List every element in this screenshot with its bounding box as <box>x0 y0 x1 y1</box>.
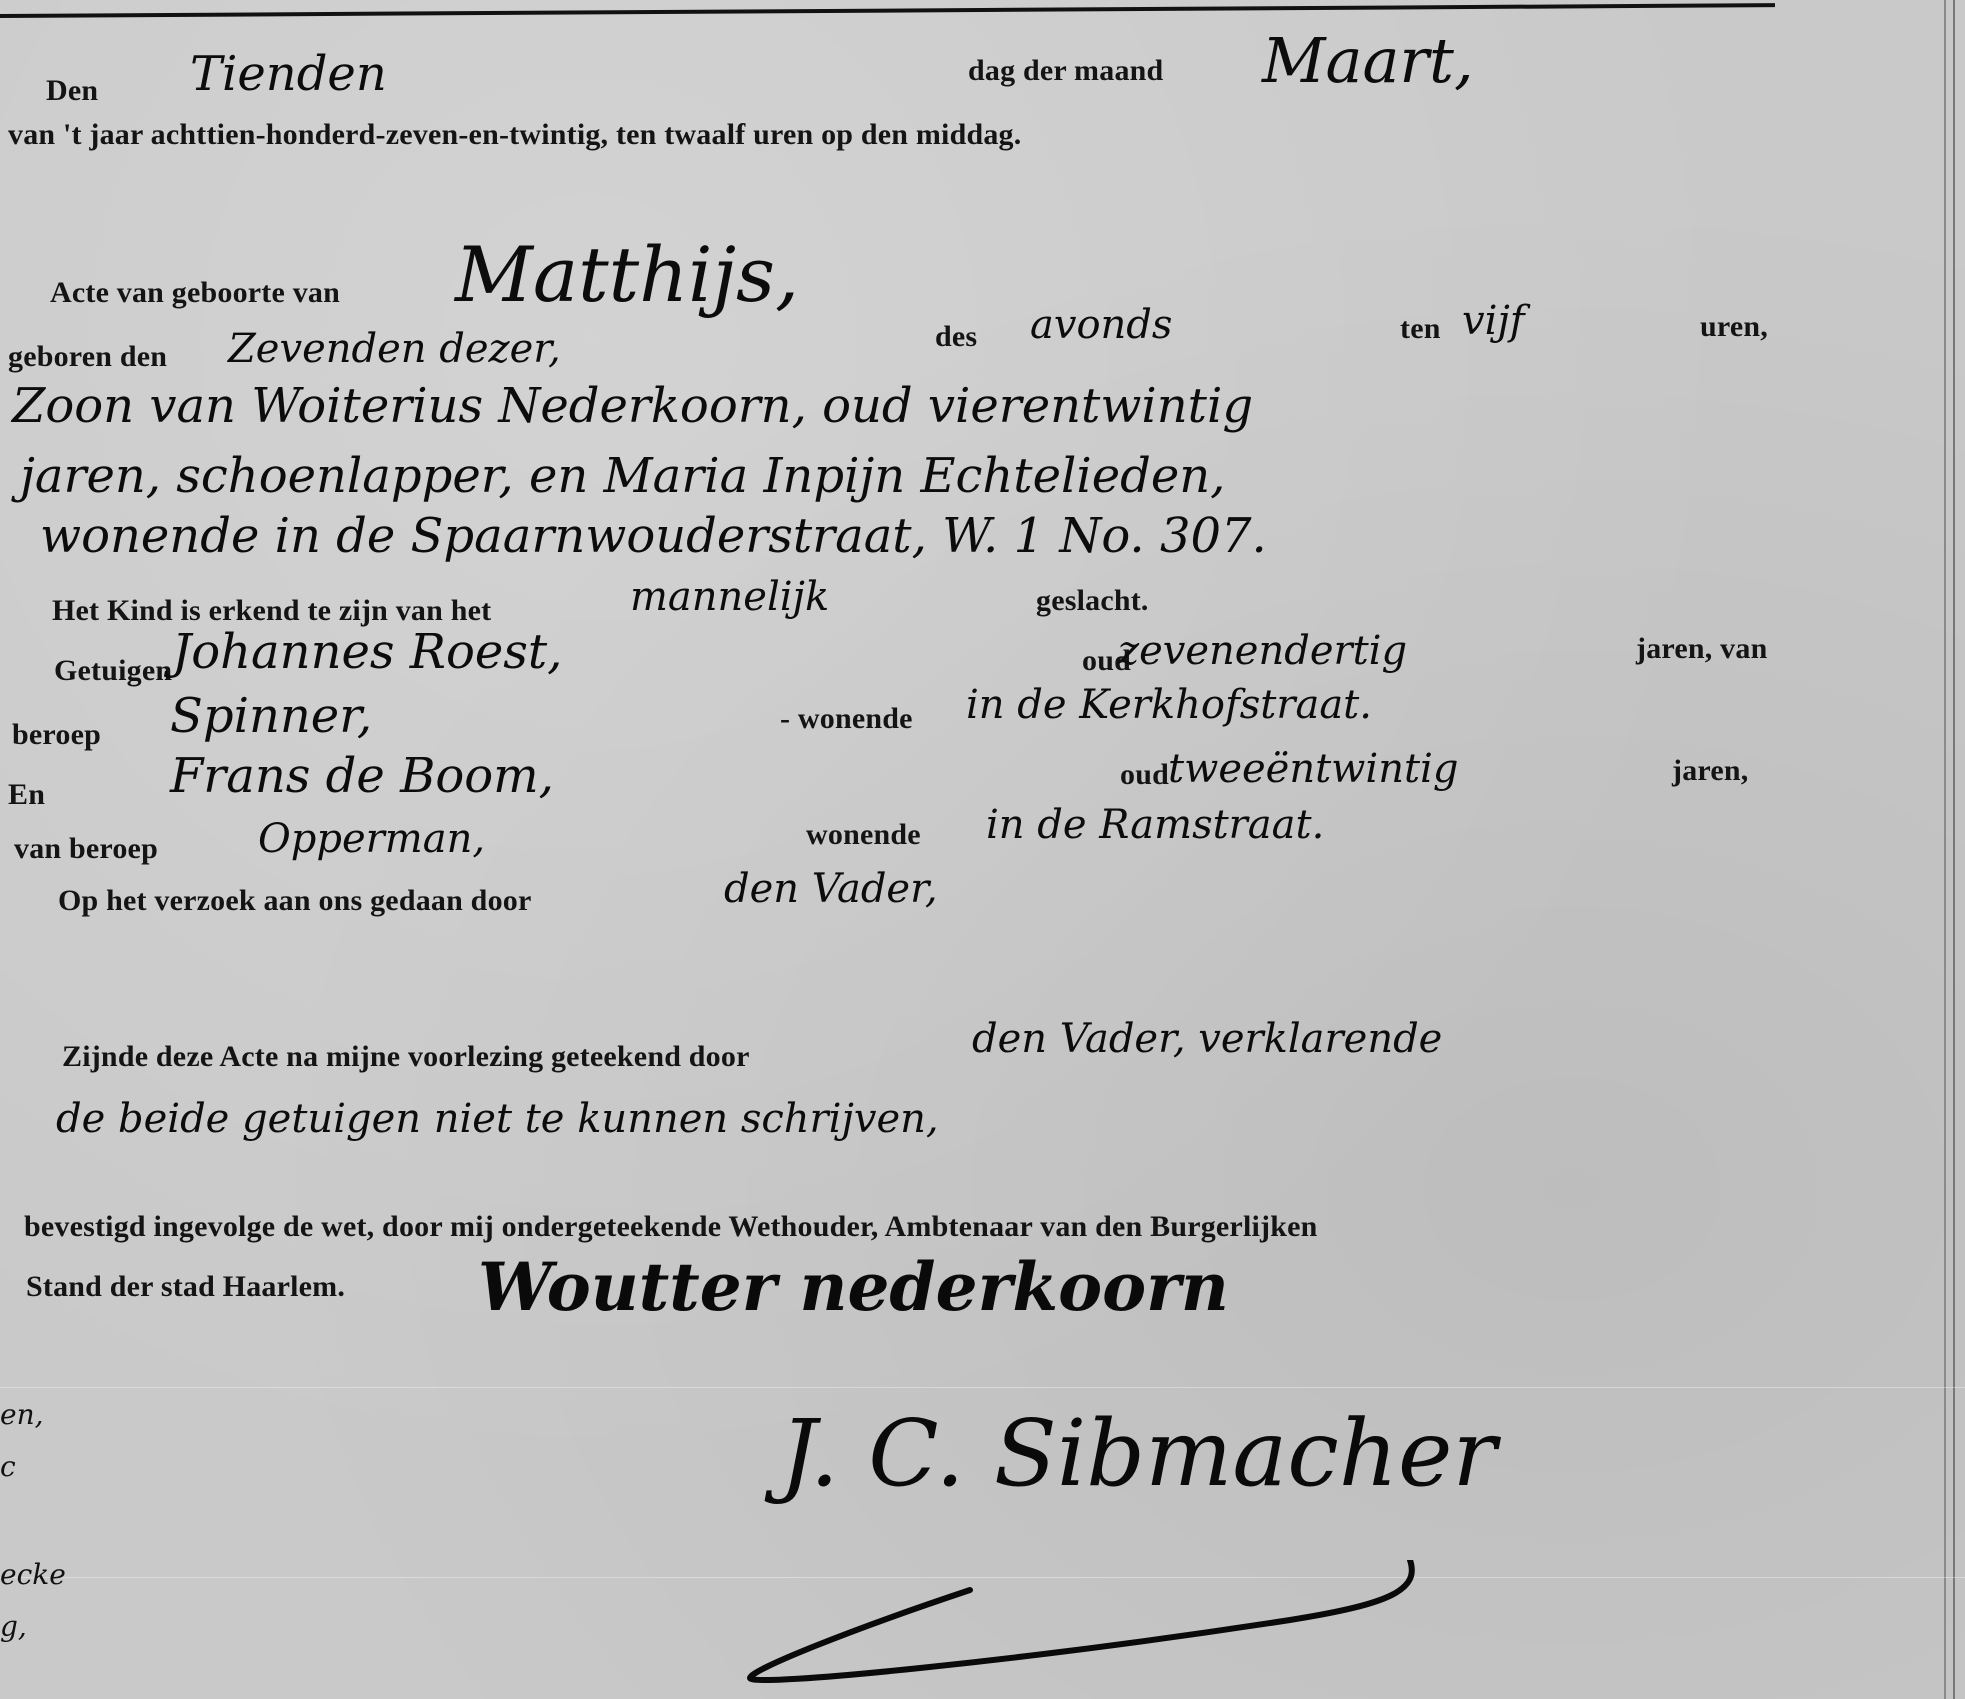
page-edge-line <box>1953 0 1955 1699</box>
witness2-age: tweeëntwintig <box>1168 746 1458 792</box>
parents-line-1: Zoon van Woiterius Nederkoorn, oud viere… <box>12 378 1253 434</box>
sex: mannelijk <box>630 574 829 620</box>
margin-fragment: en, <box>0 1398 44 1431</box>
dag-der-maand-label: dag der maand <box>968 54 1163 88</box>
des-label: des <box>935 320 977 354</box>
request-label: Op het verzoek aan ons gedaan door <box>58 884 532 918</box>
witness1-occupation: Spinner, <box>170 688 372 744</box>
witness2-occupation: Opperman, <box>258 816 485 862</box>
parents-line-3: wonende in de Spaarnwouderstraat, W. 1 N… <box>40 508 1267 564</box>
ten-label: ten <box>1400 312 1441 346</box>
signing-by-line-2: de beide getuigen niet te kunnen schrijv… <box>56 1096 939 1142</box>
witness1-residence: in de Kerkhofstraat. <box>966 682 1372 728</box>
official-signature: J. C. Sibmacher <box>780 1400 1496 1507</box>
signature-flourish-icon <box>730 1560 1630 1699</box>
uren-label: uren, <box>1700 310 1768 344</box>
parents-line-2: jaren, schoenlapper, en Maria Inpijn Ech… <box>20 448 1225 504</box>
child-name: Matthijs, <box>455 230 799 319</box>
witness2-name: Frans de Boom, <box>170 748 554 804</box>
witness1-name: Johannes Roest, <box>172 624 562 680</box>
beroep-label: beroep <box>12 718 101 752</box>
margin-fragment: c <box>0 1450 16 1483</box>
acte-label: Acte van geboorte van <box>50 276 340 310</box>
month-handwritten: Maart, <box>1262 24 1474 97</box>
wonende-label: - wonende <box>780 702 913 736</box>
margin-fragment: g, <box>0 1610 27 1643</box>
witness2-residence: in de Ramstraat. <box>986 802 1324 848</box>
sex-label: Het Kind is erkend te zijn van het <box>52 594 491 628</box>
witness1-age: zevenendertig <box>1118 628 1407 674</box>
time-of-day: avonds <box>1030 302 1172 348</box>
page-edge-line <box>1944 0 1946 1699</box>
oud2-label: oud <box>1120 758 1169 792</box>
request-by: den Vader, <box>724 866 938 912</box>
jaren-van-label: jaren, van <box>1636 632 1767 666</box>
day-handwritten: Tienden <box>190 46 387 102</box>
year-line: van 't jaar achttien-honderd-zeven-en-tw… <box>8 118 1021 152</box>
confirm-line-1: bevestigd ingevolge de wet, door mij ond… <box>24 1210 1318 1244</box>
jaren2-label: jaren, <box>1672 754 1748 788</box>
van-beroep-label: van beroep <box>14 832 158 866</box>
paper-fold-line <box>0 1387 1965 1388</box>
top-rule-divider <box>0 3 1775 18</box>
den-label: Den <box>46 74 98 108</box>
signing-by-line-1: den Vader, verklarende <box>972 1016 1442 1062</box>
getuigen-label: Getuigen <box>54 654 172 688</box>
hour: vijf <box>1462 298 1525 344</box>
father-signature: Woutter nederkoorn <box>478 1248 1229 1326</box>
confirm-line-2: Stand der stad Haarlem. <box>26 1270 345 1304</box>
birth-day: Zevenden dezer, <box>228 326 561 372</box>
geslacht-label: geslacht. <box>1036 584 1149 618</box>
wonende2-label: wonende <box>806 818 921 852</box>
geboren-label: geboren den <box>8 340 167 374</box>
en-label: En <box>8 778 45 812</box>
margin-fragment: ecke <box>0 1558 66 1591</box>
signing-label: Zijnde deze Acte na mijne voorlezing get… <box>62 1040 750 1074</box>
